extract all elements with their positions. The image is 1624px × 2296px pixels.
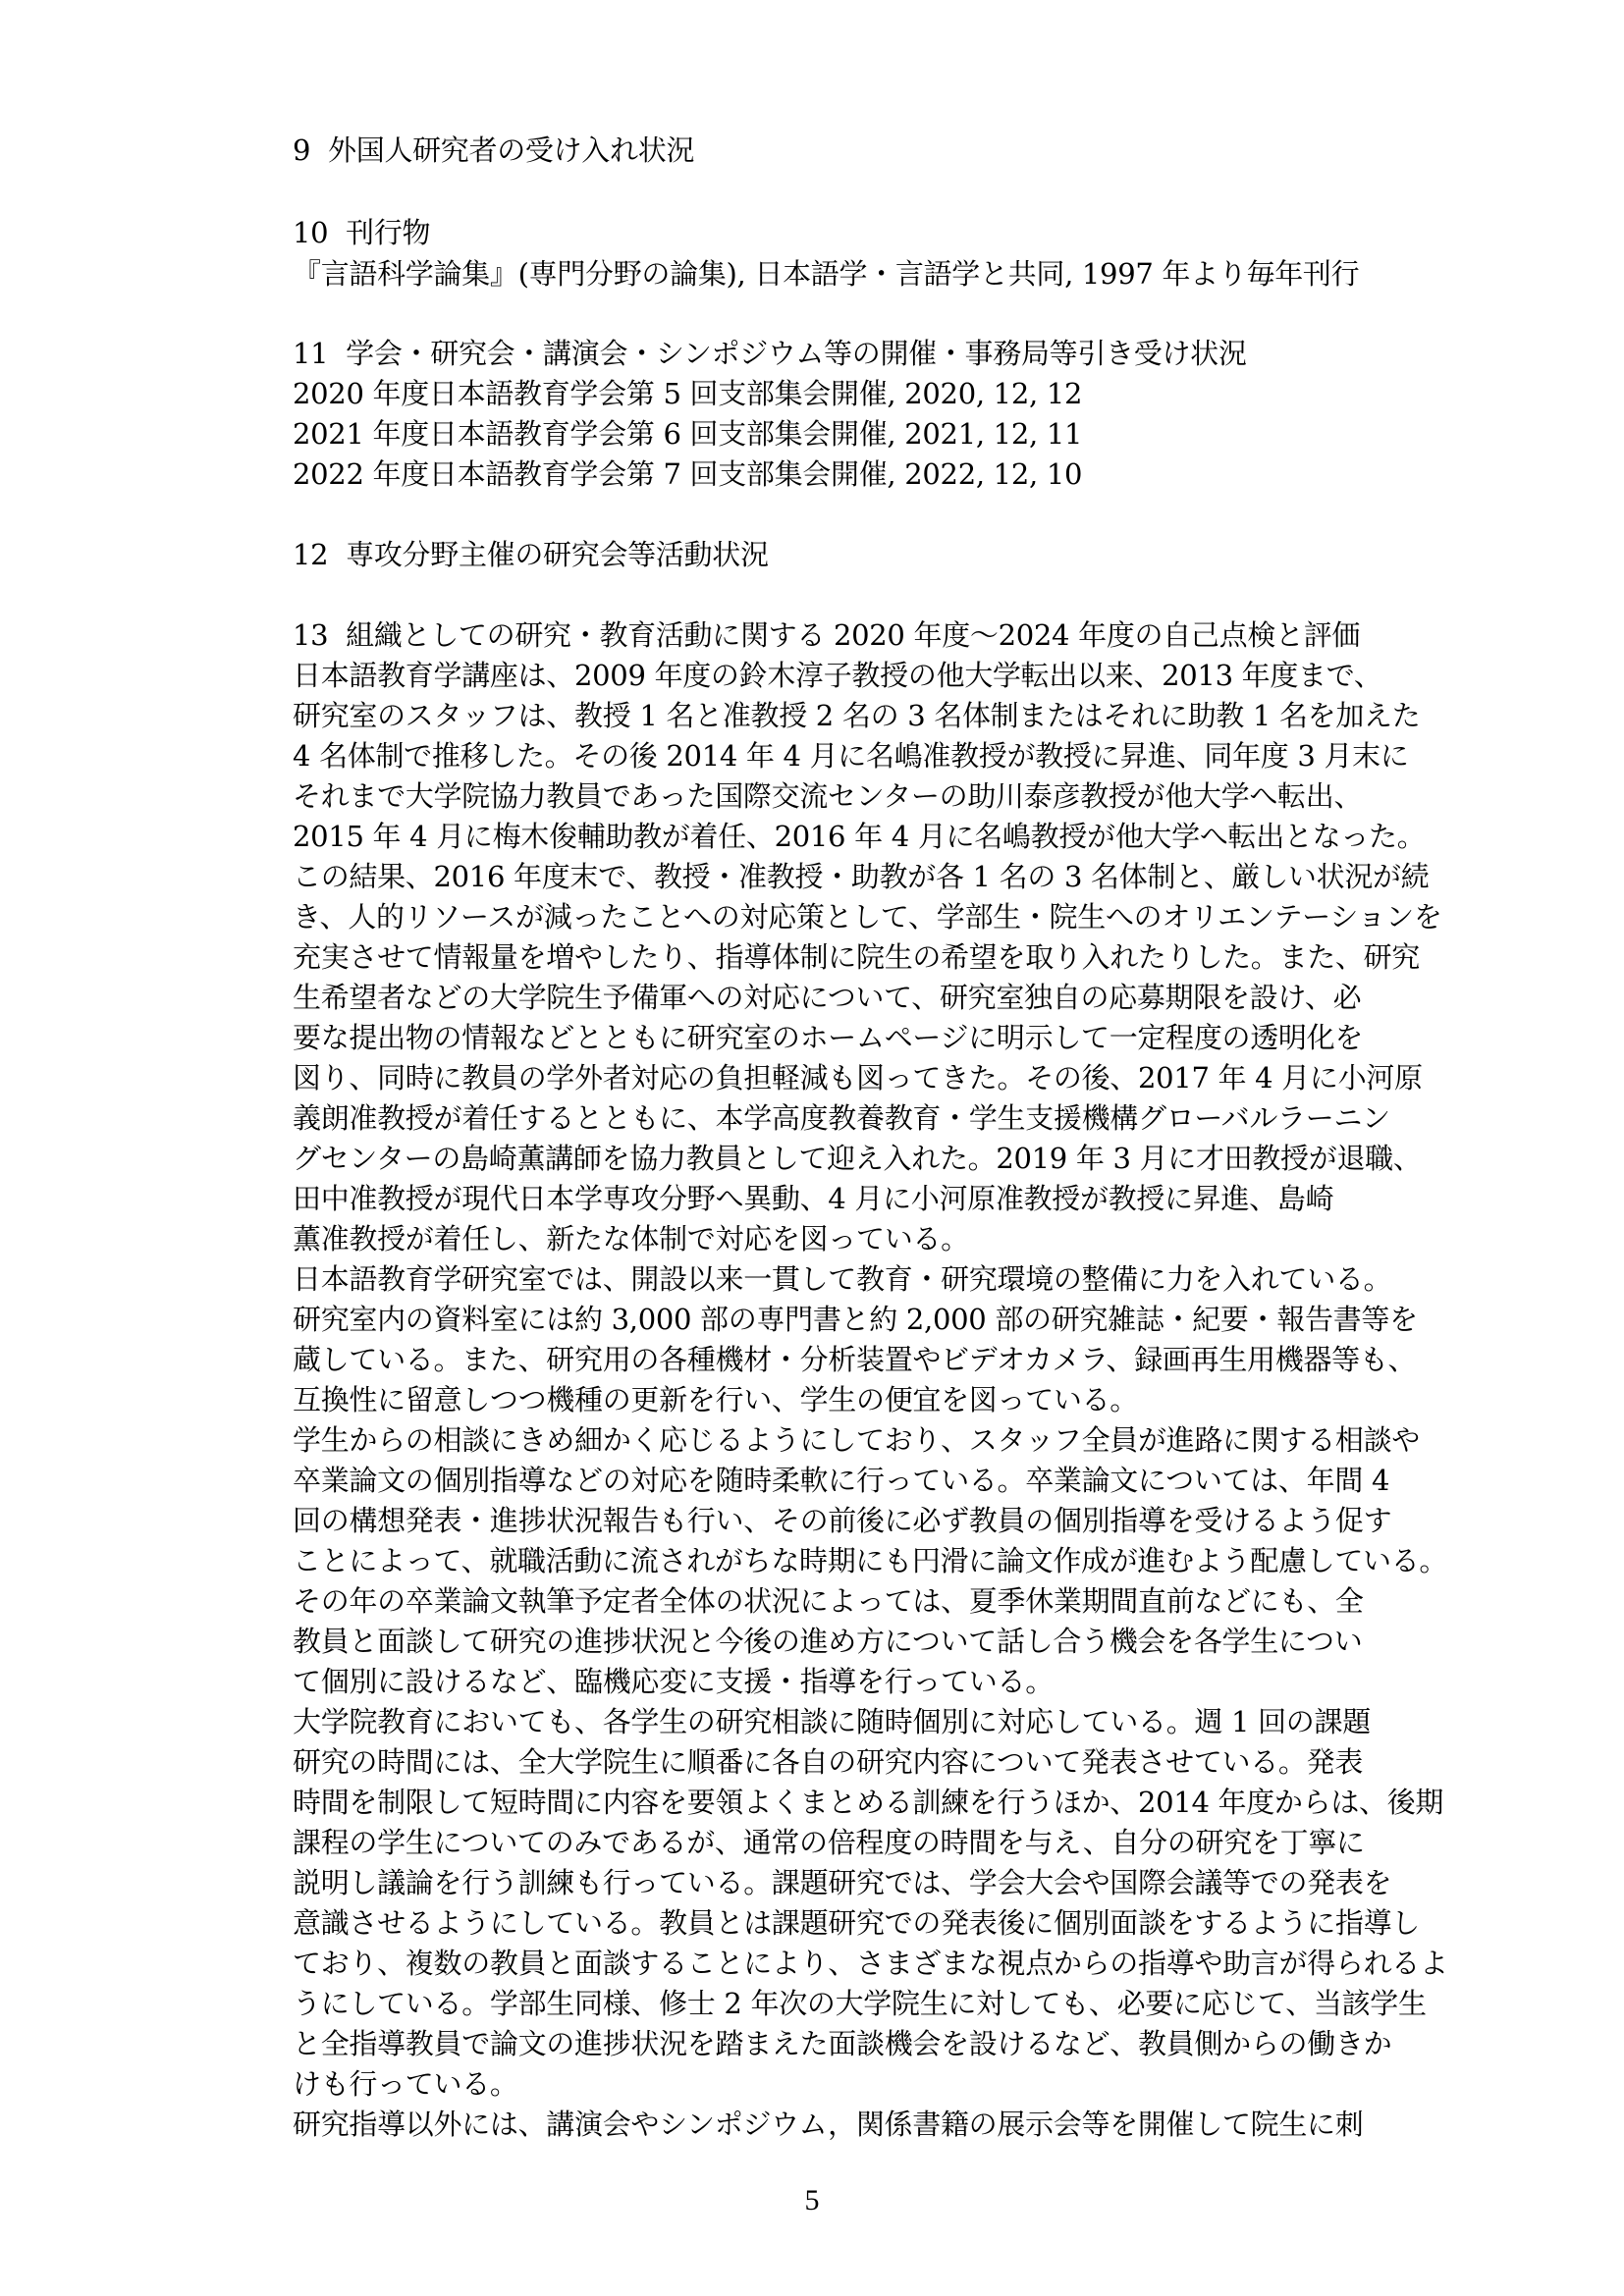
publication-line: 『言語科学論集』(専門分野の論集), 日本語学・言語学と共同, 1997 年より… [293,254,1392,294]
section-13-heading: 13 組織としての研究・教育活動に関する 2020 年度～2024 年度の自己点… [293,615,1392,655]
body-line: 研究の時間には、全大学院生に順番に各自の研究内容について発表させている。発表 [293,1742,1392,1782]
body-line: 意識させるようにしている。教員とは課題研究での発表後に個別面談をするように指導し [293,1903,1392,1943]
body-line: 義朗准教授が着任するとともに、本学高度教養教育・学生支援機構グローバルラーニン [293,1098,1392,1138]
body-line: 課程の学生についてのみであるが、通常の倍程度の時間を与え、自分の研究を丁寧に [293,1823,1392,1862]
section-title: 外国人研究者の受け入れ状況 [328,133,694,167]
body-line: 互換性に留意しつつ機種の更新を行い、学生の便宜を図っている。 [293,1380,1392,1419]
body-line: 学生からの相談にきめ細かく応じるようにしており、スタッフ全員が進路に関する相談や [293,1420,1392,1460]
body-line: 生希望者などの大学院生予備軍への対応について、研究室独自の応募期限を設け、必 [293,978,1392,1017]
body-line: 薫准教授が着任し、新たな体制で対応を図っている。 [293,1219,1392,1258]
section-number: 13 [293,618,328,652]
body-line: うにしている。学部生同様、修士 2 年次の大学院生に対しても、必要に応じて、当該… [293,1984,1392,2023]
body-line: ことによって、就職活動に流されがちな時期にも円滑に論文作成が進むよう配慮している… [293,1541,1392,1580]
body-line: 要な提出物の情報などとともに研究室のホームページに明示して一定程度の透明化を [293,1018,1392,1057]
body-line: 研究室内の資料室には約 3,000 部の専門書と約 2,000 部の研究雑誌・紀… [293,1300,1392,1339]
body-line: 教員と面談して研究の進捗状況と今後の進め方について話し合う機会を各学生につい [293,1622,1392,1661]
body-line: ており、複数の教員と面談することにより、さまざまな視点からの指導や助言が得られる… [293,1944,1392,1983]
page-number: 5 [0,2181,1624,2220]
event-line: 2020 年度日本語教育学会第 5 回支部集会開催, 2020, 12, 12 [293,374,1392,413]
body-line: 蔵している。また、研究用の各種機材・分析装置やビデオカメラ、録画再生用機器等も、 [293,1340,1392,1379]
body-line: 研究室のスタッフは、教授 1 名と准教授 2 名の 3 名体制またはそれに助教 … [293,696,1392,735]
body-line: 日本語教育学講座は、2009 年度の鈴木淳子教授の他大学転出以来、2013 年度… [293,656,1392,695]
body-line: この結果、2016 年度末で、教授・准教授・助教が各 1 名の 3 名体制と、厳… [293,857,1392,896]
body-line: 日本語教育学研究室では、開設以来一貫して教育・研究環境の整備に力を入れている。 [293,1259,1392,1299]
section-number: 11 [293,337,328,370]
event-line: 2022 年度日本語教育学会第 7 回支部集会開催, 2022, 12, 10 [293,454,1392,494]
body-line: と全指導教員で論文の進捗状況を踏まえた面談機会を設けるなど、教員側からの働きか [293,2024,1392,2063]
section-number: 9 [293,133,310,167]
body-line: き、人的リソースが減ったことへの対応策として、学部生・院生へのオリエンテーション… [293,897,1392,936]
body-line: 田中准教授が現代日本学専攻分野へ異動、4 月に小河原准教授が教授に昇進、島崎 [293,1179,1392,1218]
body-line: 2015 年 4 月に梅木俊輔助教が着任、2016 年 4 月に名嶋教授が他大学… [293,817,1392,856]
section-title: 組織としての研究・教育活動に関する 2020 年度～2024 年度の自己点検と評… [346,618,1360,652]
section-12-heading: 12 専攻分野主催の研究会等活動状況 [293,535,1392,574]
body-line: 充実させて情報量を増やしたり、指導体制に院生の希望を取り入れたりした。また、研究 [293,937,1392,977]
section-number: 12 [293,538,328,571]
body-line: 4 名体制で推移した。その後 2014 年 4 月に名嶋准教授が教授に昇進、同年… [293,736,1392,775]
body-line: 卒業論文の個別指導などの対応を随時柔軟に行っている。卒業論文については、年間 4 [293,1461,1392,1500]
section-10-heading: 10 刊行物 [293,213,1392,252]
body-line: て個別に設けるなど、臨機応変に支援・指導を行っている。 [293,1662,1392,1701]
body-line: 説明し議論を行う訓練も行っている。課題研究では、学会大会や国際会議等での発表を [293,1863,1392,1902]
body-line: 図り、同時に教員の学外者対応の負担軽減も図ってきた。その後、2017 年 4 月… [293,1058,1392,1097]
body-line: それまで大学院協力教員であった国際交流センターの助川泰彦教授が他大学へ転出、 [293,776,1392,816]
section-title: 専攻分野主催の研究会等活動状況 [346,538,769,571]
event-line: 2021 年度日本語教育学会第 6 回支部集会開催, 2021, 12, 11 [293,414,1392,454]
section-title: 刊行物 [346,216,430,249]
body-line: 時間を制限して短時間に内容を要領よくまとめる訓練を行うほか、2014 年度からは… [293,1783,1392,1822]
section-11-heading: 11 学会・研究会・講演会・シンポジウム等の開催・事務局等引き受け状況 [293,334,1392,373]
body-line: 回の構想発表・進捗状況報告も行い、その前後に必ず教員の個別指導を受けるよう促す [293,1501,1392,1540]
body-line: 大学院教育においても、各学生の研究相談に随時個別に対応している。週 1 回の課題 [293,1702,1392,1741]
section-number: 10 [293,216,328,249]
body-line: 研究指導以外には、講演会やシンポジウム，関係書籍の展示会等を開催して院生に刺 [293,2105,1392,2144]
document-page: 9 外国人研究者の受け入れ状況 10 刊行物 『言語科学論集』(専門分野の論集)… [0,0,1624,2296]
section-9-heading: 9 外国人研究者の受け入れ状況 [293,131,1392,170]
section-title: 学会・研究会・講演会・シンポジウム等の開催・事務局等引き受け状況 [346,337,1246,370]
body-line: グセンターの島崎薫講師を協力教員として迎え入れた。2019 年 3 月に才田教授… [293,1139,1392,1178]
body-line: けも行っている。 [293,2064,1392,2104]
body-line: その年の卒業論文執筆予定者全体の状況によっては、夏季休業期間直前などにも、全 [293,1581,1392,1621]
